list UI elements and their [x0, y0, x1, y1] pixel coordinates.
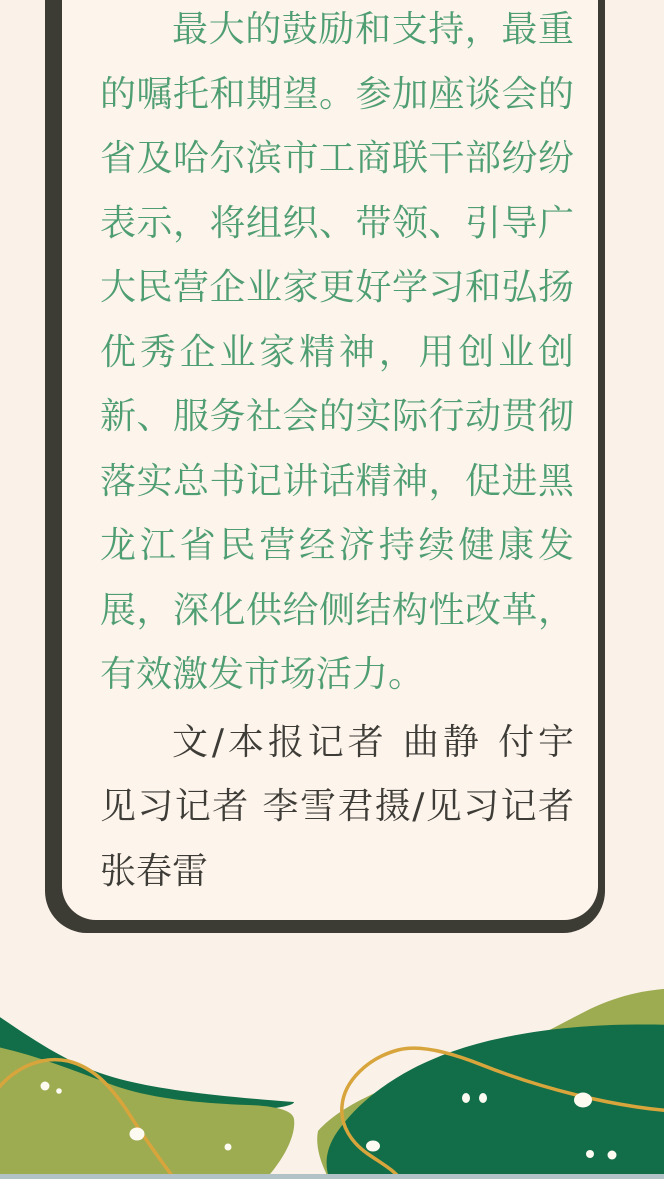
bottom-edge-strip: [0, 1174, 664, 1179]
dot: [608, 1151, 617, 1160]
dot: [130, 1128, 145, 1141]
dot: [574, 1093, 592, 1108]
dot: [586, 1150, 594, 1158]
dot: [41, 1082, 50, 1091]
bottom-decoration: [0, 859, 664, 1179]
article-card-frame: 最大的鼓励和支持，最重的嘱托和期望。参加座谈会的省及哈尔滨市工商联干部纷纷表示，…: [45, 0, 605, 933]
dot: [479, 1093, 487, 1103]
article-page: 最大的鼓励和支持，最重的嘱托和期望。参加座谈会的省及哈尔滨市工商联干部纷纷表示，…: [0, 0, 664, 1179]
article-content: 最大的鼓励和支持，最重的嘱托和期望。参加座谈会的省及哈尔滨市工商联干部纷纷表示，…: [62, 0, 598, 920]
article-card: 最大的鼓励和支持，最重的嘱托和期望。参加座谈会的省及哈尔滨市工商联干部纷纷表示，…: [62, 0, 598, 920]
dot: [366, 1141, 380, 1152]
dot: [56, 1088, 62, 1094]
dot: [225, 1144, 232, 1151]
left-olive-blob-shape: [0, 1045, 294, 1179]
dot: [462, 1093, 470, 1103]
article-paragraph: 最大的鼓励和支持，最重的嘱托和期望。参加座谈会的省及哈尔滨市工商联干部纷纷表示，…: [100, 0, 574, 708]
